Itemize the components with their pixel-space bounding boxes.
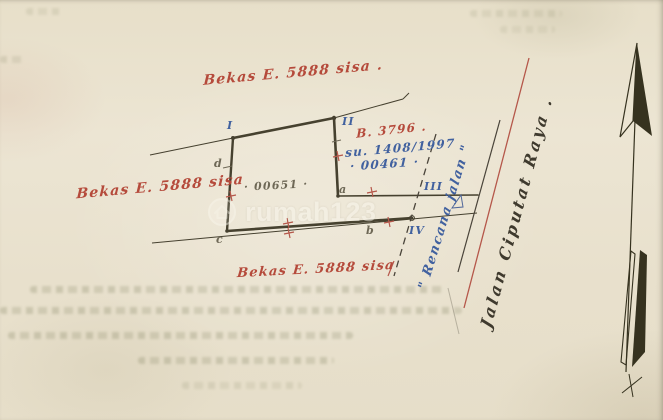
pencil-ticks bbox=[223, 140, 341, 168]
point-label-a: a bbox=[339, 184, 347, 195]
north-arrow-icon bbox=[620, 43, 652, 397]
point-label-c: c bbox=[216, 234, 224, 245]
point-label-d: d bbox=[214, 158, 223, 169]
corner-label-3: III bbox=[424, 181, 443, 192]
top-line-end-tick bbox=[403, 93, 409, 99]
corner-label-2: II bbox=[342, 116, 355, 127]
corner-label-1: I bbox=[227, 120, 233, 131]
scanned-survey-sketch: Bekas E. 5888 sisa . Bekas E. 5888 sisa … bbox=[0, 0, 663, 420]
bleedthrough-stroke bbox=[448, 288, 459, 334]
parcel-edge-top bbox=[233, 118, 334, 138]
corner-label-4: IV bbox=[409, 225, 425, 236]
point-label-b: b bbox=[366, 225, 375, 236]
bottom-boundary-extension-line bbox=[152, 213, 477, 243]
note-area-number: · 00651 · bbox=[244, 178, 309, 192]
parcel-edge-bottom bbox=[227, 218, 412, 231]
